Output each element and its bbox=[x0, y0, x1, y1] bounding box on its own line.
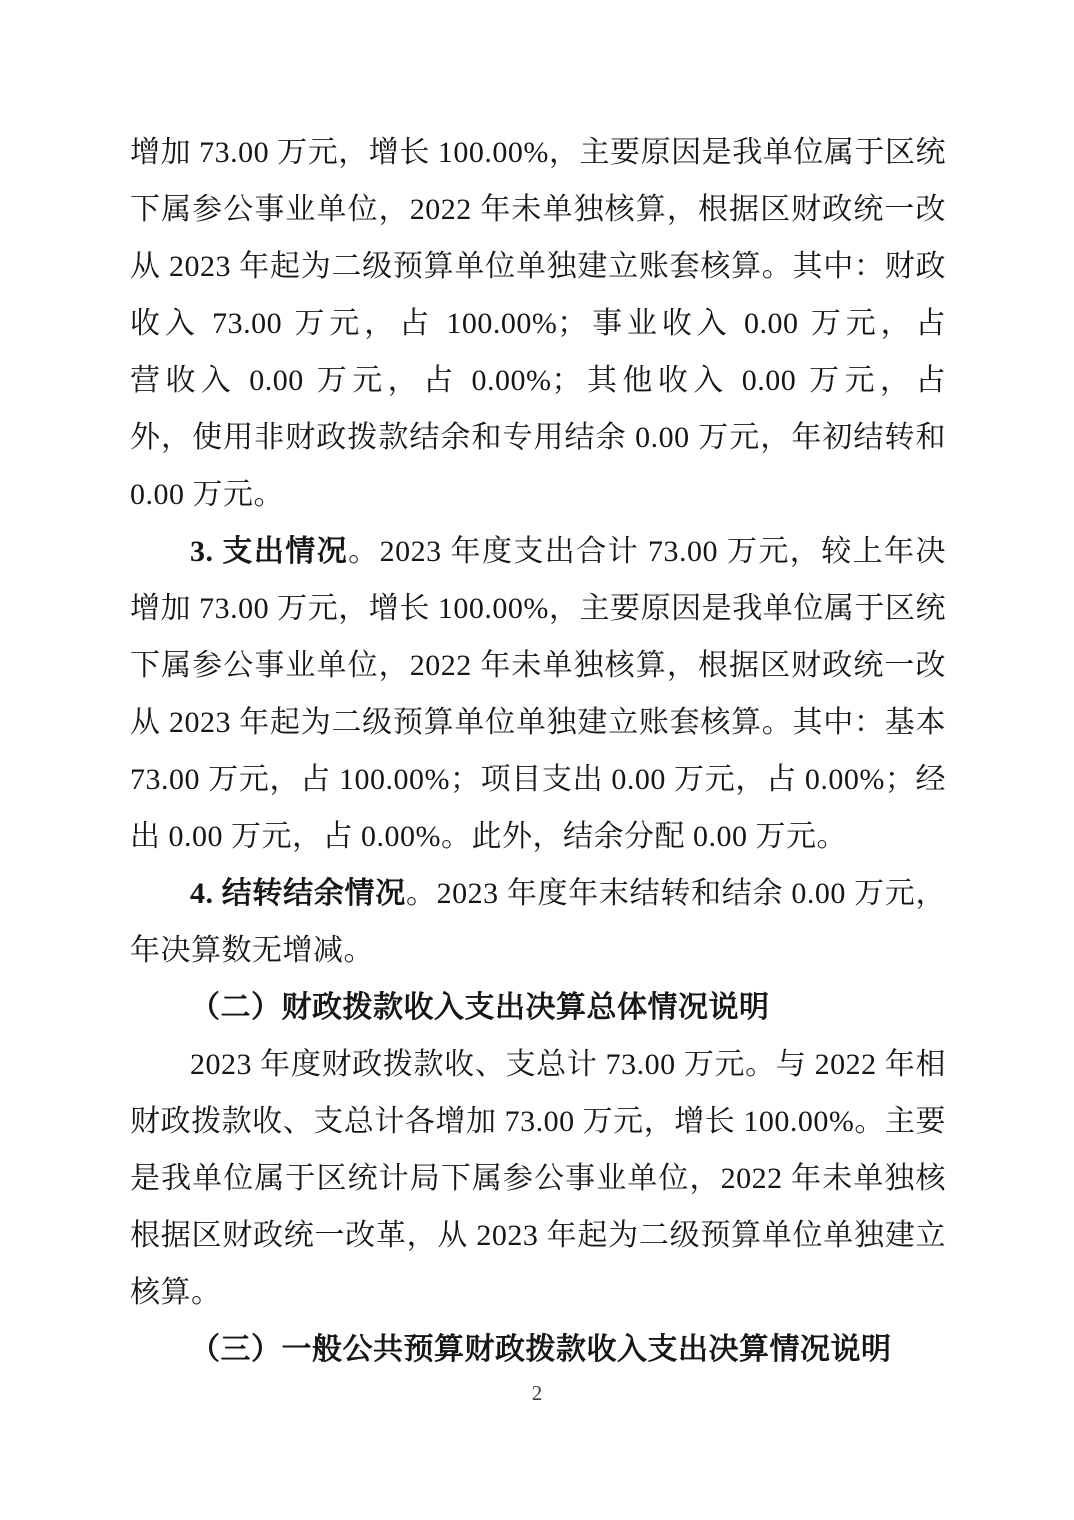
document-body: 增加 73.00 万元，增长 100.00%，主要原因是我单位属于区统计局下属参… bbox=[130, 124, 946, 1378]
text-run: 外，使用非财政拨款结余和专用结余 0.00 万元，年初结转和结余 bbox=[130, 421, 946, 466]
bold-text-run: 3. 支出情况 bbox=[190, 535, 348, 568]
document-line: 从 2023 年起为二级预算单位单独建立账套核算。其中：财政拨款 bbox=[130, 238, 946, 295]
document-line: 下属参公事业单位，2022 年未单独核算，根据区财政统一改革， bbox=[130, 181, 946, 238]
text-run: 出 0.00 万元，占 0.00%。此外，结余分配 0.00 万元。 bbox=[130, 820, 847, 853]
text-run: 2023 年度财政拨款收、支总计 73.00 万元。与 2022 年相比， bbox=[130, 1048, 946, 1093]
section-heading-line: （三）一般公共预算财政拨款收入支出决算情况说明 bbox=[130, 1321, 946, 1378]
text-run: 是我单位属于区统计局下属参公事业单位，2022 年未单独核算， bbox=[130, 1162, 946, 1207]
text-run: 收入 73.00 万元，占 100.00%；事业收入 0.00 万元，占 0.0… bbox=[130, 307, 946, 352]
document-line: 73.00 万元，占 100.00%；项目支出 0.00 万元，占 0.00%；… bbox=[130, 751, 946, 808]
text-run: 财政拨款收、支总计各增加 73.00 万元，增长 100.00%。主要原因 bbox=[130, 1105, 946, 1150]
document-line: 外，使用非财政拨款结余和专用结余 0.00 万元，年初结转和结余 bbox=[130, 409, 946, 466]
document-line: 核算。 bbox=[130, 1264, 946, 1321]
document-line: 是我单位属于区统计局下属参公事业单位，2022 年未单独核算， bbox=[130, 1150, 946, 1207]
document-page: 增加 73.00 万元，增长 100.00%，主要原因是我单位属于区统计局下属参… bbox=[0, 0, 1074, 1520]
text-run: 从 2023 年起为二级预算单位单独建立账套核算。其中：财政拨款 bbox=[130, 250, 946, 295]
bold-text-run: 4. 结转结余情况 bbox=[190, 877, 406, 910]
text-run: 从 2023 年起为二级预算单位单独建立账套核算。其中：基本支出 bbox=[130, 706, 946, 751]
page-number: 2 bbox=[0, 1380, 1074, 1406]
text-run: 年决算数无增减。 bbox=[130, 934, 374, 967]
text-run: 增加 73.00 万元，增长 100.00%，主要原因是我单位属于区统计局 bbox=[130, 136, 946, 181]
text-run: 下属参公事业单位，2022 年未单独核算，根据区财政统一改革， bbox=[130, 649, 946, 694]
document-line: 2023 年度财政拨款收、支总计 73.00 万元。与 2022 年相比， bbox=[130, 1036, 946, 1093]
document-line: 收入 73.00 万元，占 100.00%；事业收入 0.00 万元，占 0.0… bbox=[130, 295, 946, 352]
document-line: 根据区财政统一改革，从 2023 年起为二级预算单位单独建立账套 bbox=[130, 1207, 946, 1264]
document-line: 下属参公事业单位，2022 年未单独核算，根据区财政统一改革， bbox=[130, 637, 946, 694]
text-run: 下属参公事业单位，2022 年未单独核算，根据区财政统一改革， bbox=[130, 193, 946, 238]
document-line: 出 0.00 万元，占 0.00%。此外，结余分配 0.00 万元。 bbox=[130, 808, 946, 865]
document-line: 4. 结转结余情况。2023 年度年末结转和结余 0.00 万元，较上 bbox=[130, 865, 946, 922]
text-run: 根据区财政统一改革，从 2023 年起为二级预算单位单独建立账套 bbox=[130, 1219, 946, 1264]
document-line: 营收入 0.00 万元，占 0.00%；其他收入 0.00 万元，占 0.00%… bbox=[130, 352, 946, 409]
document-line: 增加 73.00 万元，增长 100.00%，主要原因是我单位属于区统计局 bbox=[130, 580, 946, 637]
document-line: 从 2023 年起为二级预算单位单独建立账套核算。其中：基本支出 bbox=[130, 694, 946, 751]
text-run: 73.00 万元，占 100.00%；项目支出 0.00 万元，占 0.00%；… bbox=[130, 763, 946, 808]
text-run: 核算。 bbox=[130, 1276, 222, 1309]
document-line: 年决算数无增减。 bbox=[130, 922, 946, 979]
text-run: 营收入 0.00 万元，占 0.00%；其他收入 0.00 万元，占 0.00%… bbox=[130, 364, 946, 409]
document-line: 增加 73.00 万元，增长 100.00%，主要原因是我单位属于区统计局 bbox=[130, 124, 946, 181]
bold-text-run: （三）一般公共预算财政拨款收入支出决算情况说明 bbox=[190, 1333, 892, 1366]
bold-text-run: （二）财政拨款收入支出决算总体情况说明 bbox=[190, 991, 770, 1024]
text-run: 0.00 万元。 bbox=[130, 478, 284, 511]
document-line: 3. 支出情况。2023 年度支出合计 73.00 万元，较上年决算数 bbox=[130, 523, 946, 580]
text-run: 增加 73.00 万元，增长 100.00%，主要原因是我单位属于区统计局 bbox=[130, 592, 946, 637]
document-line: 财政拨款收、支总计各增加 73.00 万元，增长 100.00%。主要原因 bbox=[130, 1093, 946, 1150]
document-line: 0.00 万元。 bbox=[130, 466, 946, 523]
section-heading-line: （二）财政拨款收入支出决算总体情况说明 bbox=[130, 979, 946, 1036]
